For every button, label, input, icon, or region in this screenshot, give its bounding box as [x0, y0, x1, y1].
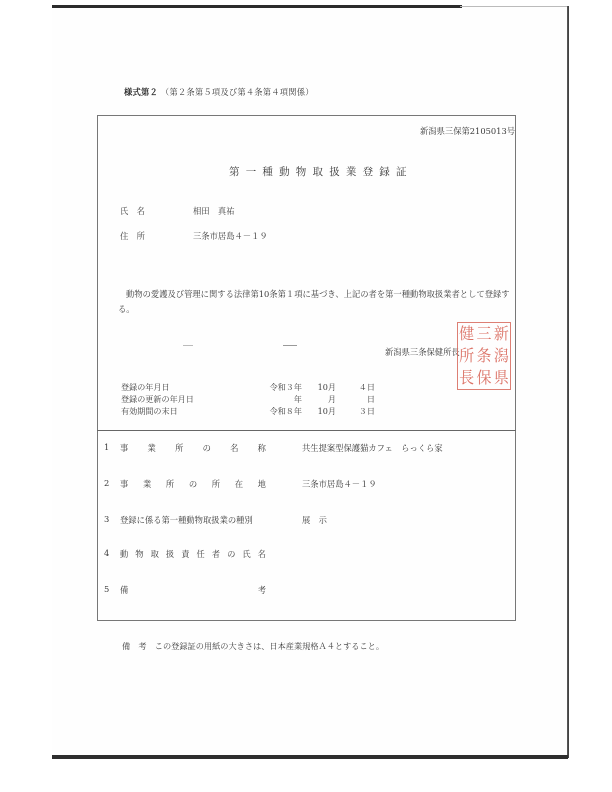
date-day: ４日 — [359, 382, 375, 393]
seal-character: 新 — [493, 326, 510, 342]
item-value: 展 示 — [302, 514, 327, 526]
paper-top-edge-light — [460, 6, 568, 7]
seal-character: 健 — [458, 326, 475, 342]
form-number: 様式第２ — [124, 87, 158, 97]
date-year: 令和８年 — [270, 406, 302, 417]
seal-character: 潟 — [493, 348, 510, 364]
date-year: 令和３年 — [270, 382, 302, 393]
official-seal: 健三新所条潟長保県 — [457, 322, 511, 390]
name-label: 氏 名 — [120, 205, 145, 217]
scan-artifact — [183, 345, 193, 346]
item-number: 2 — [104, 478, 109, 488]
date-month: 月 — [328, 394, 336, 405]
address-value: 三条市居島４－１９ — [193, 230, 268, 242]
seal-character: 三 — [475, 326, 492, 342]
item-label: 登録に係る第一種動物取扱業の種別 — [120, 514, 266, 526]
item-value: 共生提案型保護猫カフェ らっくら家 — [302, 442, 443, 454]
footnote: 備 考 この登録証の用紙の大きさは、日本産業規格Ａ４とすること。 — [122, 641, 384, 652]
date-day: ３日 — [359, 406, 375, 417]
seal-character: 長 — [458, 370, 475, 386]
date-label: 登録の更新の年月日 — [121, 394, 194, 405]
item-value: 三条市居島４－１９ — [302, 478, 377, 490]
date-label: 有効期間の末日 — [121, 406, 178, 417]
registration-number: 新潟県三保第2105013号 — [420, 125, 515, 137]
name-value: 相田 真祐 — [193, 205, 235, 217]
date-year: 年 — [294, 394, 302, 405]
date-day: 日 — [367, 394, 375, 405]
item-number: 5 — [104, 584, 109, 594]
date-month: 10月 — [318, 382, 336, 393]
item-number: 3 — [104, 514, 109, 524]
certificate-frame — [97, 115, 516, 621]
seal-character: 所 — [458, 348, 475, 364]
item-number: 4 — [104, 548, 109, 558]
item-number: 1 — [104, 442, 109, 452]
paper-bottom-edge — [52, 755, 568, 759]
scan-artifact — [283, 345, 297, 346]
item-label: 事業所の名称 — [120, 442, 266, 454]
seal-character: 県 — [493, 370, 510, 386]
seal-character: 保 — [475, 370, 492, 386]
address-label: 住 所 — [120, 230, 145, 242]
item-label: 事業所の所在地 — [120, 478, 266, 490]
certificate-title: 第一種動物取扱業登録証 — [229, 164, 413, 179]
form-reference: 様式第２ （第２条第５項及び第４条第４項関係） — [124, 86, 314, 98]
form-article-reference: （第２条第５項及び第４条第４項関係） — [161, 87, 314, 97]
date-label: 登録の年月日 — [121, 382, 170, 393]
date-month: 10月 — [318, 406, 336, 417]
registration-statement: 動物の愛護及び管理に関する法律第10条第１項に基づき、上記の者を第一種動物取扱業… — [118, 287, 514, 317]
paper-right-edge — [567, 6, 568, 758]
seal-character: 条 — [475, 348, 492, 364]
section-divider — [97, 430, 516, 431]
item-label: 動物取扱責任者の氏名 — [120, 548, 266, 560]
issuing-authority: 新潟県三条保健所長 — [385, 346, 460, 358]
paper-top-edge — [52, 5, 462, 8]
item-label: 備考 — [120, 584, 266, 596]
